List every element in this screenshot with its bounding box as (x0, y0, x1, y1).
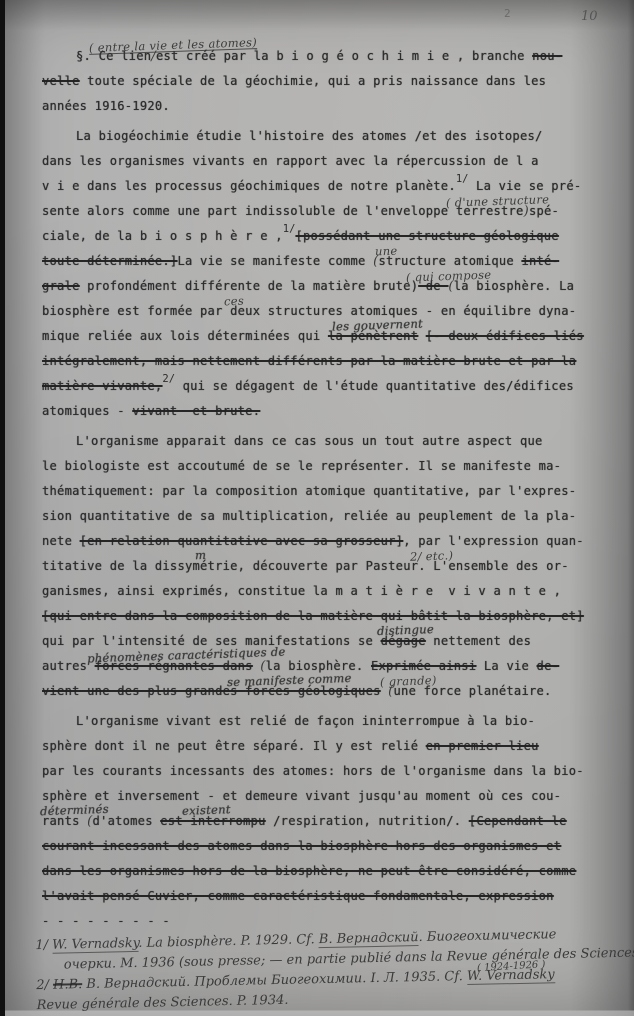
typed-segment: atomiques - (42, 404, 132, 418)
typed-line: nete [en relation quantitative avec sa g… (42, 529, 608, 554)
typed-text-block: §. Ce lien/( entre la vie et les atomes)… (42, 44, 608, 934)
typed-segment: nou- (532, 49, 562, 63)
typed-segment: biosphère est formée par (42, 304, 230, 318)
handwritten-segment: W. Vernadsky( 1924-1926 ) (467, 967, 555, 985)
typed-segment: , découverte par Pasteur. (238, 559, 426, 573)
typed-segment: forces régnantes dansphénomènes caractér… (95, 659, 253, 673)
handwritten-note: déterminés (40, 803, 109, 817)
paragraph: §. Ce lien/( entre la vie et les atomes)… (42, 44, 608, 119)
typed-line: mique reliée aux lois déterminées qui la… (42, 324, 608, 349)
handwritten-segment: W. Vernadsky (52, 936, 138, 954)
typed-segment: vient une des plus grandes (42, 684, 245, 698)
typed-segment: deux structures atomiques - en équilibre… (230, 304, 576, 318)
handwritten-segment: (( qui compose (448, 279, 453, 294)
handwritten-footnotes-block: 1/ W. Vernadsky. La biosphère. P. 1929. … (35, 924, 617, 1016)
typed-segment: sion quantitative de sa multiplication, … (42, 509, 576, 523)
typed-segment: toute déterminée.] (42, 254, 177, 268)
handwritten-note: une (375, 245, 398, 258)
handwritten-segment: . La biosphère. P. 1929. Cf. (138, 932, 319, 951)
typed-segment: L'organisme vivant est relié de façon in… (76, 714, 535, 728)
typed-segment: titative de la dissy (42, 559, 193, 573)
typed-line: thématiquement: par la composition atomi… (42, 479, 608, 504)
typed-segment: ganismes, ainsi exprimés, constitue la m… (42, 584, 561, 598)
typed-segment: v i e dans les processus géochimiques de… (42, 179, 456, 193)
handwritten-note: les gouvernent (332, 317, 423, 332)
typed-segment: [en relation quantitative avec sa grosse… (80, 534, 404, 548)
typed-line: La biogéochimie étudie l'histoire des at… (42, 124, 608, 149)
typed-line: L'organisme apparait dans ce cas sous un… (42, 429, 608, 454)
typed-segment: d'atomes (93, 814, 161, 828)
typed-segment: est créé par la b i o g é o c h i m i e … (156, 49, 532, 63)
typed-segment: [qui entre dans la composition de la mat… (42, 609, 584, 623)
handwritten-note: existent (182, 803, 231, 817)
typed-line: rants déterminés(d'atomes est interrompu… (42, 809, 608, 834)
typed-segment: La vie se manifeste comme (177, 254, 373, 268)
typed-line: sente alors comme une part indissoluble … (42, 199, 608, 224)
typed-segment: velle (42, 74, 80, 88)
typed-segment: mique reliée aux lois déterminées qui (42, 329, 328, 343)
handwritten-note: 2/ etc.) (410, 549, 454, 563)
typed-line: par les courants incessants des atomes: … (42, 759, 608, 784)
handwritten-note: se manifeste comme (227, 672, 352, 688)
handwritten-segment: 1/ (35, 938, 52, 953)
typed-line: vient une des plus grandes forces géolog… (42, 679, 608, 704)
typed-segment: l'avait pensé Cuvier, comme caractéristi… (42, 889, 554, 903)
typed-line: titative de la dissymétriem, découverte … (42, 554, 608, 579)
typed-line: dans les organismes hors de la biosphère… (42, 859, 608, 884)
typed-segment: [possédant une structure géologique (295, 229, 558, 243)
typed-segment: Exprimée ainsi (371, 659, 476, 673)
typed-segment: nete (42, 534, 80, 548)
handwritten-segment: 2/ (36, 978, 53, 993)
typed-segment: forces géologiquesse manifeste comme (245, 684, 380, 698)
handwritten-note: ( 1924-1926 ) (476, 959, 545, 975)
typed-segment: courant incessant des atomes dans la bio… (42, 839, 561, 853)
typed-segment: inté- (521, 254, 559, 268)
typed-segment: matière vivante, (42, 379, 162, 393)
typed-segment: sphère et inversement - et demeure vivan… (42, 789, 561, 803)
typed-segment: L'organisme apparait dans ce cas sous un… (76, 434, 543, 448)
typed-segment: ciale, de la b i o s p h è r e , (42, 229, 283, 243)
handwritten-note: ( qui compose (406, 269, 492, 284)
typed-segment (418, 329, 426, 343)
paragraph: La biogéochimie étudie l'histoire des at… (42, 124, 608, 424)
typed-segment: toute spéciale de la géochimie, qui a pr… (80, 74, 547, 88)
typed-segment: 1/ (283, 223, 296, 235)
typed-segment: intégralement, mais nettement différents… (42, 354, 576, 368)
typed-segment: vivant et brute. (132, 404, 260, 418)
typed-segment: La biogéochimie étudie l'histoire des at… (76, 129, 543, 143)
paragraph: L'organisme vivant est relié de façon in… (42, 709, 608, 934)
typed-segment: dégagedistingue (381, 634, 426, 648)
typed-line: sphère dont il ne peut être séparé. Il y… (42, 734, 608, 759)
typed-segment: rants déterminés (42, 814, 87, 828)
typed-line: années 1916-1920. (42, 94, 608, 119)
handwritten-note: ces (224, 295, 244, 308)
typed-segment: nettement des (426, 634, 531, 648)
handwritten-note: ( grande) (380, 674, 437, 688)
typed-segment: qui par l'intensité de ses manifestation… (42, 634, 381, 648)
typed-page-number: 2 (504, 7, 512, 20)
typed-segment: années 1916-1920. (42, 99, 170, 113)
handwritten-note: ( d'une structure (445, 193, 549, 209)
typed-line: atomiques - vivant et brute. (42, 399, 608, 424)
handwritten-segment: Revue générale des Sciences. P. 1934. (37, 993, 289, 1013)
handwritten-segment: В. Вернадский (319, 930, 419, 948)
typed-segment: grale (42, 279, 80, 293)
typed-line: le biologiste est accoutumé de se le rep… (42, 454, 608, 479)
typed-line: l'avait pensé Cuvier, comme caractéristi… (42, 884, 608, 909)
typed-segment: est interrompuexistent (160, 814, 265, 828)
handwritten-segment: )( d'une structure (524, 204, 529, 219)
typed-segment: le biologiste est accoutumé de se le rep… (42, 459, 561, 473)
handwritten-segment: . Биогеохимические (418, 927, 556, 945)
typed-segment: , par l'expression quan- (403, 534, 584, 548)
typed-line: matière vivante,2/ qui se dégagent de l'… (42, 374, 608, 399)
typed-line: ciale, de la b i o s p h è r e ,1/[possé… (42, 224, 608, 249)
typed-segment: La vie se pré- (469, 179, 582, 193)
typed-line: toute déterminée.]La vie se manifeste co… (42, 249, 608, 274)
typed-segment: de- (537, 659, 560, 673)
typed-segment: la biosphère. (266, 659, 371, 673)
typed-line: biosphère est formée par cesdeux structu… (42, 299, 608, 324)
typed-segment: qui se dégagent de l'étude quantitative … (175, 379, 574, 393)
typed-segment: dans les organismes hors de la biosphère… (42, 864, 576, 878)
handwritten-segment: (une (373, 254, 378, 269)
typed-segment: profondément différente de la matière br… (80, 279, 419, 293)
typed-segment: 2/ (162, 373, 175, 385)
handwritten-segment: /( entre la vie et les atomes) (151, 49, 156, 64)
scanned-manuscript-page: 2 10 §. Ce lien/( entre la vie et les at… (0, 0, 634, 1016)
typed-line: [qui entre dans la composition de la mat… (42, 604, 608, 629)
typed-line: §. Ce lien/( entre la vie et les atomes)… (42, 44, 608, 69)
page-header: 2 10 (0, 4, 634, 28)
handwritten-segment: (( grande) (388, 684, 393, 699)
handwritten-segment: Н.В. (53, 977, 82, 993)
paragraph: L'organisme apparait dans ce cas sous un… (42, 429, 608, 704)
typed-segment: [Cependant le (469, 814, 567, 828)
typed-segment: /respiration, nutrition/. (266, 814, 469, 828)
typed-segment: structure atomique (378, 254, 521, 268)
handwritten-page-number: 10 (581, 9, 598, 24)
typed-line: sphère et inversement - et demeure vivan… (42, 784, 608, 809)
typed-line: velle toute spéciale de la géochimie, qu… (42, 69, 608, 94)
typed-line: courant incessant des atomes dans la bio… (42, 834, 608, 859)
typed-segment: la pénètrentles gouvernent (328, 329, 418, 343)
typed-segment: - - - - - - - - - (42, 914, 170, 928)
handwritten-note: m (194, 549, 206, 561)
typed-segment: [- deux édifices liés (426, 329, 584, 343)
typed-line: grale profondément différente de la mati… (42, 274, 608, 299)
typed-segment: 1/ (456, 173, 469, 185)
typed-line: ganismes, ainsi exprimés, constitue la m… (42, 579, 608, 604)
typed-line: intégralement, mais nettement différents… (42, 349, 608, 374)
typed-segment: en premier lieu (426, 739, 539, 753)
handwritten-note: distingue (376, 623, 433, 637)
typed-segment: thématiquement: par la composition atomi… (42, 484, 576, 498)
typed-segment: dans les organismes vivants en rapport a… (42, 154, 539, 168)
typed-segment: La vie (476, 659, 536, 673)
typed-line: sion quantitative de sa multiplication, … (42, 504, 608, 529)
typed-line: L'organisme vivant est relié de façon in… (42, 709, 608, 734)
typed-segment: sphère dont il ne peut être séparé. Il y… (42, 739, 426, 753)
typed-line: dans les organismes vivants en rapport a… (42, 149, 608, 174)
typed-segment: métriem (193, 559, 238, 573)
typed-segment: par les courants incessants des atomes: … (42, 764, 584, 778)
